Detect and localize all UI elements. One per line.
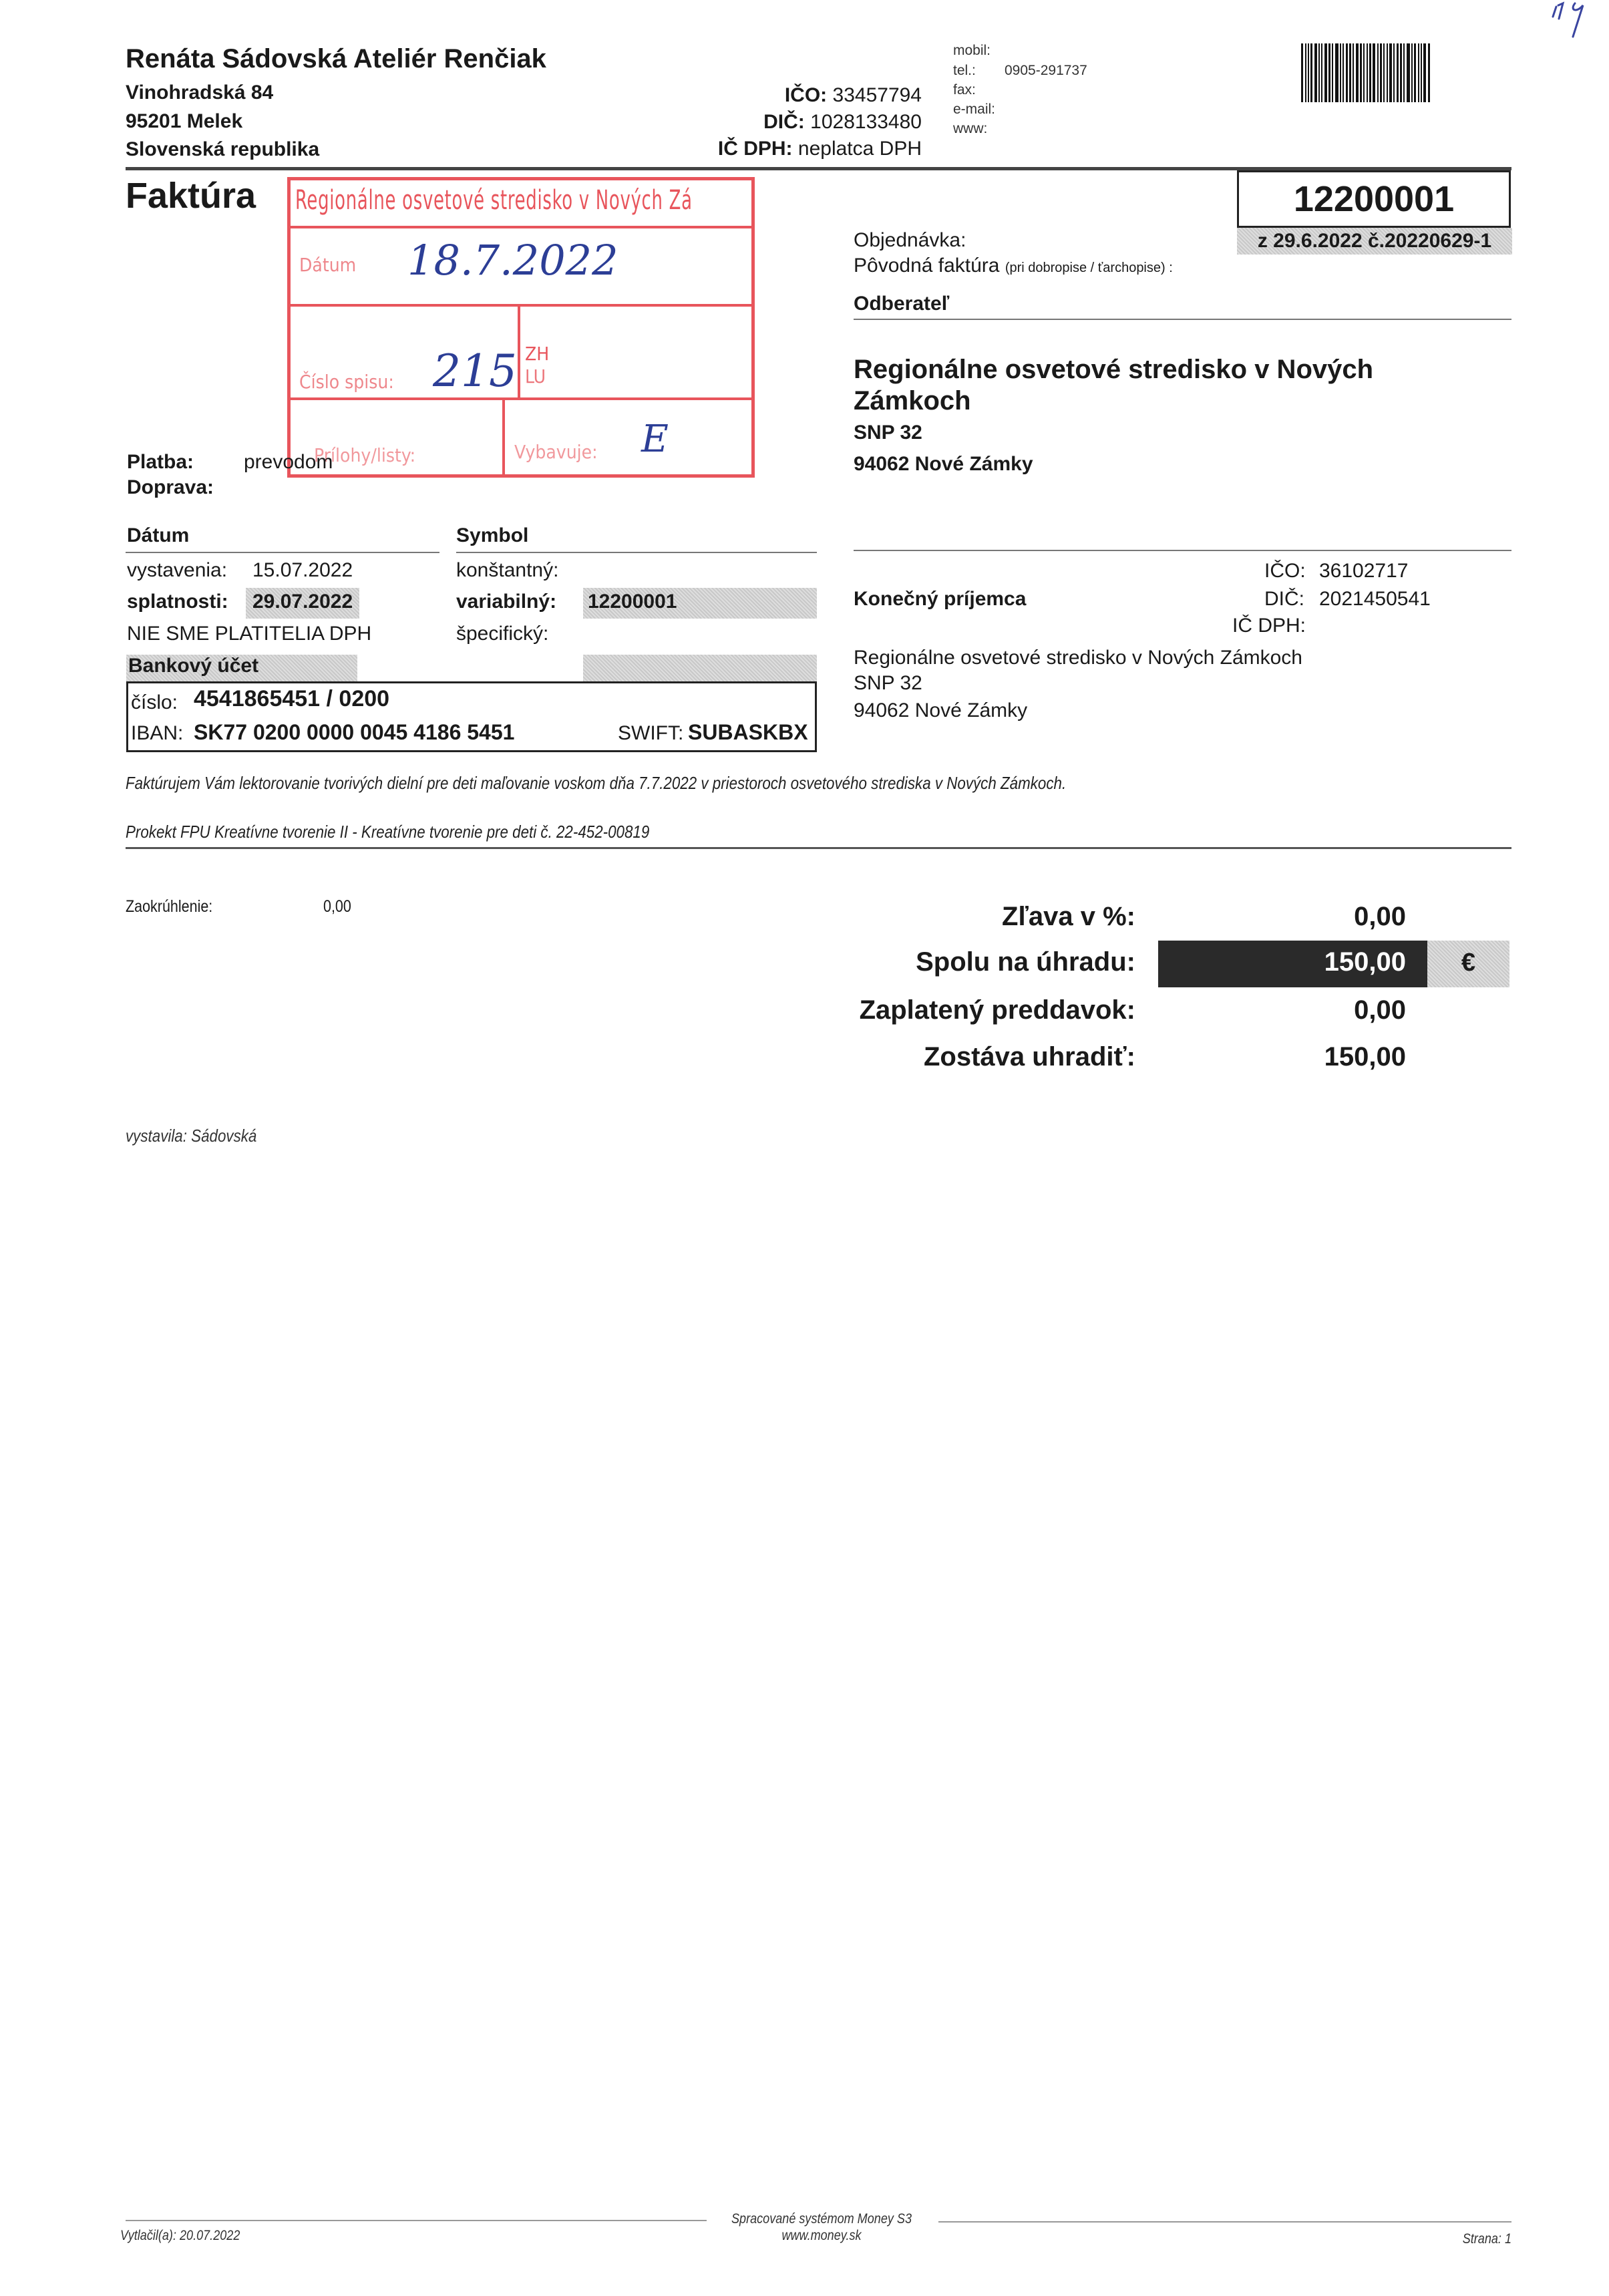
page-number: Strana: 1 [1418, 2231, 1511, 2247]
printed-date: Vytlačil(a): 20.07.2022 [120, 2228, 240, 2244]
supplier-street: Vinohradská 84 [126, 81, 273, 104]
contact-email: e-mail: [953, 102, 995, 118]
dic-value: 1028133480 [810, 111, 922, 133]
footer-divider-left [126, 2220, 707, 2221]
account-number-label: číslo: [131, 691, 178, 714]
barcode-bar [1332, 43, 1333, 102]
discount-value: 0,00 [1135, 902, 1406, 932]
barcode-bar [1403, 43, 1405, 102]
issue-date-label: vystavenia: [127, 559, 227, 582]
barcode-bar [1321, 43, 1322, 102]
stamp-number-value: 215 [433, 345, 517, 397]
supplier-name: Renáta Sádovská Ateliér Renčiak [126, 44, 546, 74]
contact-mobil: mobil: [953, 43, 991, 59]
due-date-value: 29.07.2022 [252, 591, 353, 613]
rounding-label: Zaokrúhlenie: [126, 897, 212, 917]
recipient-ico-label: IČO: [1264, 560, 1306, 583]
stamp-divider [291, 226, 751, 228]
discount-label: Zľava v %: [735, 902, 1135, 932]
barcode-bar [1301, 43, 1303, 102]
barcode-bar [1349, 43, 1351, 102]
total-due-value: 150,00 [1135, 947, 1406, 977]
ico-label: IČO: [785, 84, 827, 106]
processed-by: Spracované systémom Money S3 [724, 2211, 919, 2227]
original-invoice-label: Pôvodná faktúra (pri dobropise / ťarchop… [854, 255, 1173, 277]
barcode-bar [1340, 43, 1341, 102]
contact-www: www: [953, 121, 987, 137]
barcode [1301, 43, 1450, 102]
stamp-org: Regionálne osvetové stredisko v Nových Z… [295, 185, 693, 216]
contact-tel: tel.: 0905-291737 [953, 63, 976, 79]
symbols-heading: Symbol [456, 524, 528, 547]
swift-value: SUBASKBX [688, 720, 808, 745]
bank-heading-highlight-right [583, 655, 817, 681]
final-recipient-label: Konečný príjemca [854, 588, 1026, 611]
customer-name: Regionálne osvetové stredisko v Nových Z… [854, 354, 1455, 417]
iban-label: IBAN: [131, 722, 183, 745]
barcode-bar [1387, 43, 1388, 102]
stamp-number-label: Číslo spisu: [299, 371, 394, 393]
specific-symbol-label: špecifický: [456, 623, 548, 645]
barcode-bar [1421, 43, 1422, 102]
rounding-value: 0,00 [323, 897, 351, 917]
barcode-bar [1428, 43, 1430, 102]
barcode-bar [1389, 43, 1392, 102]
barcode-bar [1393, 43, 1395, 102]
recipient-name: Regionálne osvetové stredisko v Nových Z… [854, 647, 1302, 669]
remaining-label: Zostáva uhradiť: [735, 1042, 1135, 1072]
due-date-label: splatnosti: [127, 591, 228, 613]
barcode-bar [1353, 43, 1354, 102]
shipping-label: Doprava: [127, 476, 214, 499]
barcode-bar [1314, 43, 1317, 102]
software-website: www.money.sk [724, 2228, 919, 2244]
barcode-bar [1411, 43, 1413, 102]
barcode-bar [1308, 43, 1309, 102]
barcode-bar [1346, 43, 1348, 102]
barcode-bar [1397, 43, 1399, 102]
tel-label: tel.: [953, 63, 976, 78]
barcode-bar [1335, 43, 1338, 102]
stamp-divider [518, 305, 520, 399]
dic-label: DIČ: [763, 111, 805, 133]
contact-fax: fax: [953, 82, 976, 98]
stamp-zh: ZH [525, 343, 549, 365]
total-due-label: Spolu na úhradu: [735, 947, 1135, 977]
stamp-date-label: Dátum [299, 254, 356, 276]
advance-value: 0,00 [1135, 995, 1406, 1025]
supplier-dic: DIČ: 1028133480 [668, 111, 922, 134]
barcode-bar [1356, 43, 1359, 102]
icdph-label: IČ DPH: [718, 138, 793, 160]
stamp-divider [502, 399, 505, 478]
barcode-bar [1360, 43, 1362, 102]
barcode-bar [1414, 43, 1416, 102]
stamp-lu: LU [525, 365, 546, 387]
barcode-bar [1318, 43, 1320, 102]
recipient-ico-value: 36102717 [1319, 560, 1408, 583]
variable-symbol-value: 12200001 [588, 591, 677, 613]
supplier-ico: IČO: 33457794 [668, 84, 922, 107]
account-number-value: 4541865451 / 0200 [194, 686, 389, 712]
advance-label: Zaplatený preddavok: [735, 995, 1135, 1025]
payment-method-label: Platba: [127, 451, 194, 474]
recipient-dic-value: 2021450541 [1319, 588, 1431, 611]
tel-value: 0905-291737 [1005, 63, 1087, 79]
customer-divider [854, 319, 1511, 320]
supplier-icdph: IČ DPH: neplatca DPH [668, 138, 922, 160]
barcode-bar [1328, 43, 1330, 102]
barcode-bar [1407, 43, 1410, 102]
invoice-number: 12200001 [1237, 170, 1511, 228]
payment-method-value: prevodom [244, 451, 333, 474]
stamp-frame [287, 177, 755, 478]
variable-symbol-label: variabilný: [456, 591, 556, 613]
supplier-city: 95201 Melek [126, 110, 242, 133]
vat-note: NIE SME PLATITELIA DPH [127, 623, 371, 645]
original-invoice-text: Pôvodná faktúra [854, 255, 999, 277]
customer-section-label: Odberateľ [854, 293, 949, 315]
order-reference: z 29.6.2022 č.20220629-1 [1237, 228, 1512, 255]
document-title: Faktúra [126, 175, 256, 216]
invoice-description: Faktúrujem Vám lektorovanie tvorivých di… [126, 773, 1066, 794]
stamp-handled-value: E [641, 418, 669, 461]
barcode-bar [1377, 43, 1379, 102]
stamp-handled-label: Vybavuje: [514, 441, 598, 463]
recipient-icdph-label: IČ DPH: [1232, 615, 1306, 637]
stamp-divider [291, 397, 751, 400]
recipient-divider [854, 550, 1511, 551]
currency-symbol: € [1427, 949, 1509, 977]
barcode-bar [1400, 43, 1402, 102]
stamp-divider [291, 304, 751, 307]
bank-heading: Bankový účet [128, 655, 258, 677]
bank-account-box: číslo: 4541865451 / 0200 IBAN: SK77 0200… [126, 681, 817, 752]
recipient-dic-label: DIČ: [1264, 588, 1304, 611]
barcode-bar [1380, 43, 1382, 102]
ico-value: 33457794 [833, 84, 922, 106]
issue-date-value: 15.07.2022 [252, 559, 353, 582]
received-stamp: Regionálne osvetové stredisko v Nových Z… [287, 177, 755, 479]
barcode-bar [1373, 43, 1375, 102]
dates-divider [126, 552, 439, 553]
handwritten-number-annotation [1516, 0, 1596, 40]
barcode-bar [1367, 43, 1368, 102]
symbols-divider [456, 552, 817, 553]
barcode-bar [1369, 43, 1371, 102]
dates-heading: Dátum [127, 524, 189, 547]
customer-street: SNP 32 [854, 422, 922, 444]
barcode-bar [1383, 43, 1385, 102]
barcode-bar [1363, 43, 1365, 102]
icdph-value: neplatca DPH [798, 138, 922, 160]
constant-symbol-label: konštantný: [456, 559, 558, 582]
order-label: Objednávka: [854, 229, 966, 252]
stamp-date-value: 18.7.2022 [407, 236, 618, 285]
remaining-value: 150,00 [1135, 1042, 1406, 1072]
barcode-bar [1423, 43, 1426, 102]
barcode-bar [1310, 43, 1312, 102]
barcode-bar [1343, 43, 1344, 102]
barcode-bar [1324, 43, 1327, 102]
issued-by: vystavila: Sádovská [126, 1126, 256, 1146]
swift-label: SWIFT: [618, 722, 683, 745]
footer-divider-right [938, 2221, 1511, 2223]
iban-value: SK77 0200 0000 0045 4186 5451 [194, 720, 514, 745]
recipient-street: SNP 32 [854, 672, 922, 695]
customer-city: 94062 Nové Zámky [854, 453, 1033, 476]
barcode-bar [1418, 43, 1419, 102]
supplier-country: Slovenská republika [126, 138, 319, 161]
barcode-bar [1305, 43, 1306, 102]
project-reference: Prokekt FPU Kreatívne tvorenie II - Krea… [126, 822, 649, 842]
notes-divider [126, 847, 1511, 849]
recipient-city: 94062 Nové Zámky [854, 699, 1027, 722]
original-invoice-note: (pri dobropise / ťarchopise) : [1005, 261, 1173, 275]
